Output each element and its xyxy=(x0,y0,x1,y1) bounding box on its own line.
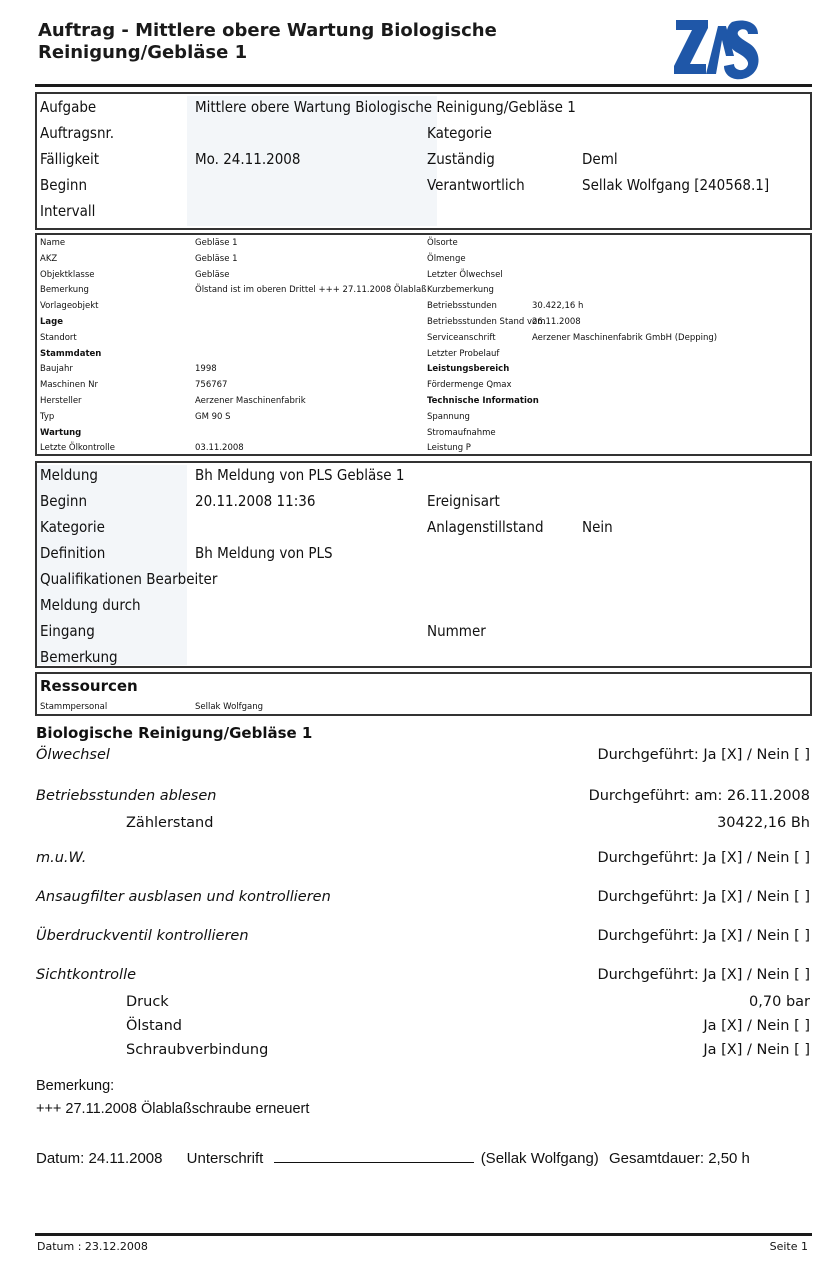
checklist-task: Ölwechsel xyxy=(36,746,110,764)
remark-label: Bemerkung: xyxy=(36,1078,114,1094)
footer-rule xyxy=(35,1233,812,1236)
object-label: Leistung P xyxy=(427,443,471,453)
object-value: Gebläse xyxy=(195,270,229,280)
object-label: Betriebsstunden xyxy=(427,301,497,311)
value-verantwortlich: Sellak Wolfgang [240568.1] xyxy=(582,176,769,194)
signature-label: Unterschrift xyxy=(187,1150,264,1167)
object-label: AKZ xyxy=(40,254,57,264)
label-auftragsnr: Auftragsnr. xyxy=(40,124,114,142)
checklist-status: Durchgeführt: Ja [X] / Nein [ ] xyxy=(597,966,810,984)
object-label: Betriebsstunden Stand vom xyxy=(427,317,546,327)
checklist-status: 0,70 bar xyxy=(749,993,810,1011)
zas-logo-icon xyxy=(672,16,764,82)
object-value: 26.11.2008 xyxy=(532,317,581,327)
label-kategorie: Kategorie xyxy=(40,518,105,536)
signature-line xyxy=(274,1149,474,1163)
label-beginn: Beginn xyxy=(40,176,87,194)
object-label: Technische Information xyxy=(427,396,539,406)
label-meldung: Meldung xyxy=(40,466,98,484)
object-label: Letzter Ölwechsel xyxy=(427,270,503,280)
label-faelligkeit: Fälligkeit xyxy=(40,150,99,168)
object-label: Serviceanschrift xyxy=(427,333,496,343)
label-intervall: Intervall xyxy=(40,202,95,220)
value-beginn: 20.11.2008 11:36 xyxy=(195,492,315,510)
object-label: Vorlageobjekt xyxy=(40,301,99,311)
object-value: 1998 xyxy=(195,364,217,374)
label-aufgabe: Aufgabe xyxy=(40,98,96,116)
report-box: Meldung Bh Meldung von PLS Gebläse 1 Beg… xyxy=(35,461,812,668)
object-value: Gebläse 1 xyxy=(195,238,238,248)
checklist-task: Betriebsstunden ablesen xyxy=(36,787,216,805)
checklist-task: m.u.W. xyxy=(36,849,86,867)
checklist-task: Ölstand xyxy=(126,1017,182,1035)
label-qualifikationen: Qualifikationen Bearbeiter xyxy=(40,570,217,588)
label-anlagenstillstand: Anlagenstillstand xyxy=(427,518,544,536)
object-details-box: NameGebläse 1AKZGebläse 1ObjektklasseGeb… xyxy=(35,233,812,456)
label-bemerkung: Bemerkung xyxy=(40,648,118,666)
object-label: Fördermenge Qmax xyxy=(427,380,512,390)
checklist-task: Sichtkontrolle xyxy=(36,966,136,984)
object-value: Aerzener Maschinenfabrik xyxy=(195,396,306,406)
object-label: Letzte Ölkontrolle xyxy=(40,443,115,453)
checklist-status: Durchgeführt: Ja [X] / Nein [ ] xyxy=(597,746,810,764)
label-kategorie: Kategorie xyxy=(427,124,492,142)
object-label: Lage xyxy=(40,317,63,327)
checklist-task: Überdruckventil kontrollieren xyxy=(36,927,249,945)
object-value: 756767 xyxy=(195,380,227,390)
object-label: Name xyxy=(40,238,65,248)
object-label: Maschinen Nr xyxy=(40,380,98,390)
document-title: Auftrag - Mittlere obere Wartung Biologi… xyxy=(38,20,598,64)
label-beginn: Beginn xyxy=(40,492,87,510)
total-duration: Gesamtdauer: 2,50 h xyxy=(609,1150,750,1167)
checklist-task: Druck xyxy=(126,993,169,1011)
checklist-status: Durchgeführt: Ja [X] / Nein [ ] xyxy=(597,849,810,867)
object-label: Typ xyxy=(40,412,54,422)
checklist-task: Schraubverbindung xyxy=(126,1041,268,1059)
label-definition: Definition xyxy=(40,544,105,562)
label-ereignisart: Ereignisart xyxy=(427,492,500,510)
object-value: Aerzener Maschinenfabrik GmbH (Depping) xyxy=(532,333,717,343)
checklist-title: Biologische Reinigung/Gebläse 1 xyxy=(36,724,312,742)
object-label: Leistungsbereich xyxy=(427,364,509,374)
value-meldung: Bh Meldung von PLS Gebläse 1 xyxy=(195,466,404,484)
resources-title: Ressourcen xyxy=(40,677,138,695)
remark-text: +++ 27.11.2008 Ölablaßschraube erneuert xyxy=(36,1101,309,1117)
page-number: Seite 1 xyxy=(770,1240,808,1253)
object-label: Letzter Probelauf xyxy=(427,349,499,359)
checklist-status: 30422,16 Bh xyxy=(717,814,810,832)
object-value: 30.422,16 h xyxy=(532,301,583,311)
object-label: Standort xyxy=(40,333,77,343)
object-value: Gebläse 1 xyxy=(195,254,238,264)
label-stammpersonal: Stammpersonal xyxy=(40,702,107,712)
footer-date: Datum : 23.12.2008 xyxy=(37,1240,148,1253)
label-zustaendig: Zuständig xyxy=(427,150,495,168)
signer-name: (Sellak Wolfgang) xyxy=(481,1150,599,1167)
object-value: Ölstand ist im oberen Drittel +++ 27.11.… xyxy=(195,285,427,295)
task-info-box: Aufgabe Mittlere obere Wartung Biologisc… xyxy=(35,92,812,230)
checklist-status: Durchgeführt: am: 26.11.2008 xyxy=(589,787,810,805)
value-aufgabe: Mittlere obere Wartung Biologische Reini… xyxy=(195,98,576,116)
object-label: Spannung xyxy=(427,412,470,422)
checklist-task: Zählerstand xyxy=(126,814,213,832)
object-label: Stromaufnahme xyxy=(427,428,496,438)
checklist-task: Ansaugfilter ausblasen und kontrollieren xyxy=(36,888,331,906)
checklist-status: Ja [X] / Nein [ ] xyxy=(703,1041,810,1059)
checklist-status: Ja [X] / Nein [ ] xyxy=(703,1017,810,1035)
label-verantwortlich: Verantwortlich xyxy=(427,176,525,194)
value-stammpersonal: Sellak Wolfgang xyxy=(195,702,263,712)
object-label: Hersteller xyxy=(40,396,82,406)
value-zustaendig: Deml xyxy=(582,150,618,168)
label-nummer: Nummer xyxy=(427,622,486,640)
object-value: 03.11.2008 xyxy=(195,443,244,453)
label-eingang: Eingang xyxy=(40,622,95,640)
object-label: Baujahr xyxy=(40,364,73,374)
resources-box: Ressourcen Stammpersonal Sellak Wolfgang xyxy=(35,672,812,716)
value-anlagenstillstand: Nein xyxy=(582,518,613,536)
checklist-status: Durchgeführt: Ja [X] / Nein [ ] xyxy=(597,927,810,945)
checklist-status: Durchgeführt: Ja [X] / Nein [ ] xyxy=(597,888,810,906)
header-rule xyxy=(35,84,812,87)
object-label: Ölmenge xyxy=(427,254,466,264)
object-value: GM 90 S xyxy=(195,412,231,422)
object-label: Bemerkung xyxy=(40,285,89,295)
signature-row: Datum: 24.11.2008 Unterschrift (Sellak W… xyxy=(36,1149,750,1167)
object-label: Ölsorte xyxy=(427,238,458,248)
value-faelligkeit: Mo. 24.11.2008 xyxy=(195,150,300,168)
object-label: Wartung xyxy=(40,428,81,438)
value-definition: Bh Meldung von PLS xyxy=(195,544,333,562)
sign-date: Datum: 24.11.2008 xyxy=(36,1150,162,1167)
object-label: Kurzbemerkung xyxy=(427,285,494,295)
object-label: Objektklasse xyxy=(40,270,95,280)
label-meldung-durch: Meldung durch xyxy=(40,596,141,614)
object-label: Stammdaten xyxy=(40,349,101,359)
